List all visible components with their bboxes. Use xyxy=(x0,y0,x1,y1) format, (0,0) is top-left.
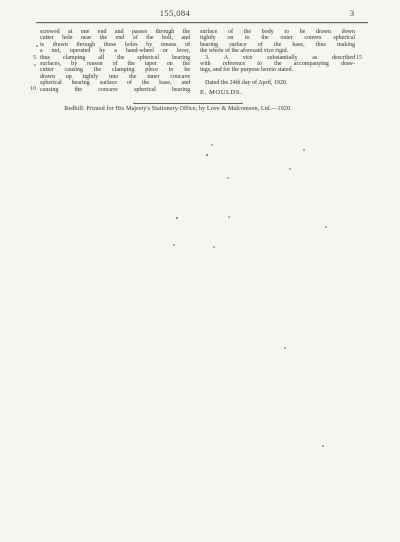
footer-rule xyxy=(133,103,243,104)
speck xyxy=(176,217,178,219)
speck xyxy=(206,154,208,156)
text-line: tightly on to the outer convex spherical xyxy=(200,35,355,41)
text-line: cutter causing the clamping piece to be xyxy=(40,67,190,73)
margin-line-number: 5 xyxy=(24,55,36,61)
speck xyxy=(211,144,213,146)
speck xyxy=(36,45,38,47)
speck xyxy=(322,445,324,447)
speck xyxy=(173,244,175,246)
speck xyxy=(303,149,305,151)
patent-page: 155,084 3 screwed at one end and passes … xyxy=(0,0,400,542)
header-rule xyxy=(36,22,368,23)
speck xyxy=(34,64,36,66)
margin-line-number: 10 xyxy=(22,86,36,92)
speck xyxy=(227,177,229,179)
text-line: spherical bearing surface of the base, a… xyxy=(40,80,190,86)
text-line: a nut, operated by a hand-wheel or lever… xyxy=(40,48,190,54)
text-line: causing the concave spherical bearing xyxy=(40,87,190,93)
left-column: screwed at one end and passes through th… xyxy=(40,29,190,96)
speck xyxy=(284,347,286,349)
speck xyxy=(325,226,327,228)
margin-line-number: 15 xyxy=(356,55,368,61)
right-column: surface of the body to be drawn down tig… xyxy=(200,29,355,96)
text-columns: screwed at one end and passes through th… xyxy=(40,29,355,96)
dated-line: Dated the 24th day of April, 1920. xyxy=(200,80,355,86)
speck xyxy=(228,216,230,218)
footer-imprint: Redhill: Printed for His Majesty's Stati… xyxy=(36,106,320,112)
signature: E. MOULDS. xyxy=(200,90,355,96)
page-number: 3 xyxy=(345,8,359,18)
text-line: cutter hole near the end of the bolt, an… xyxy=(40,35,190,41)
patent-number: 155,084 xyxy=(36,8,314,18)
speck xyxy=(213,246,215,248)
text-line: ings, and for the purpose herein stated. xyxy=(200,67,355,73)
speck xyxy=(289,168,291,170)
